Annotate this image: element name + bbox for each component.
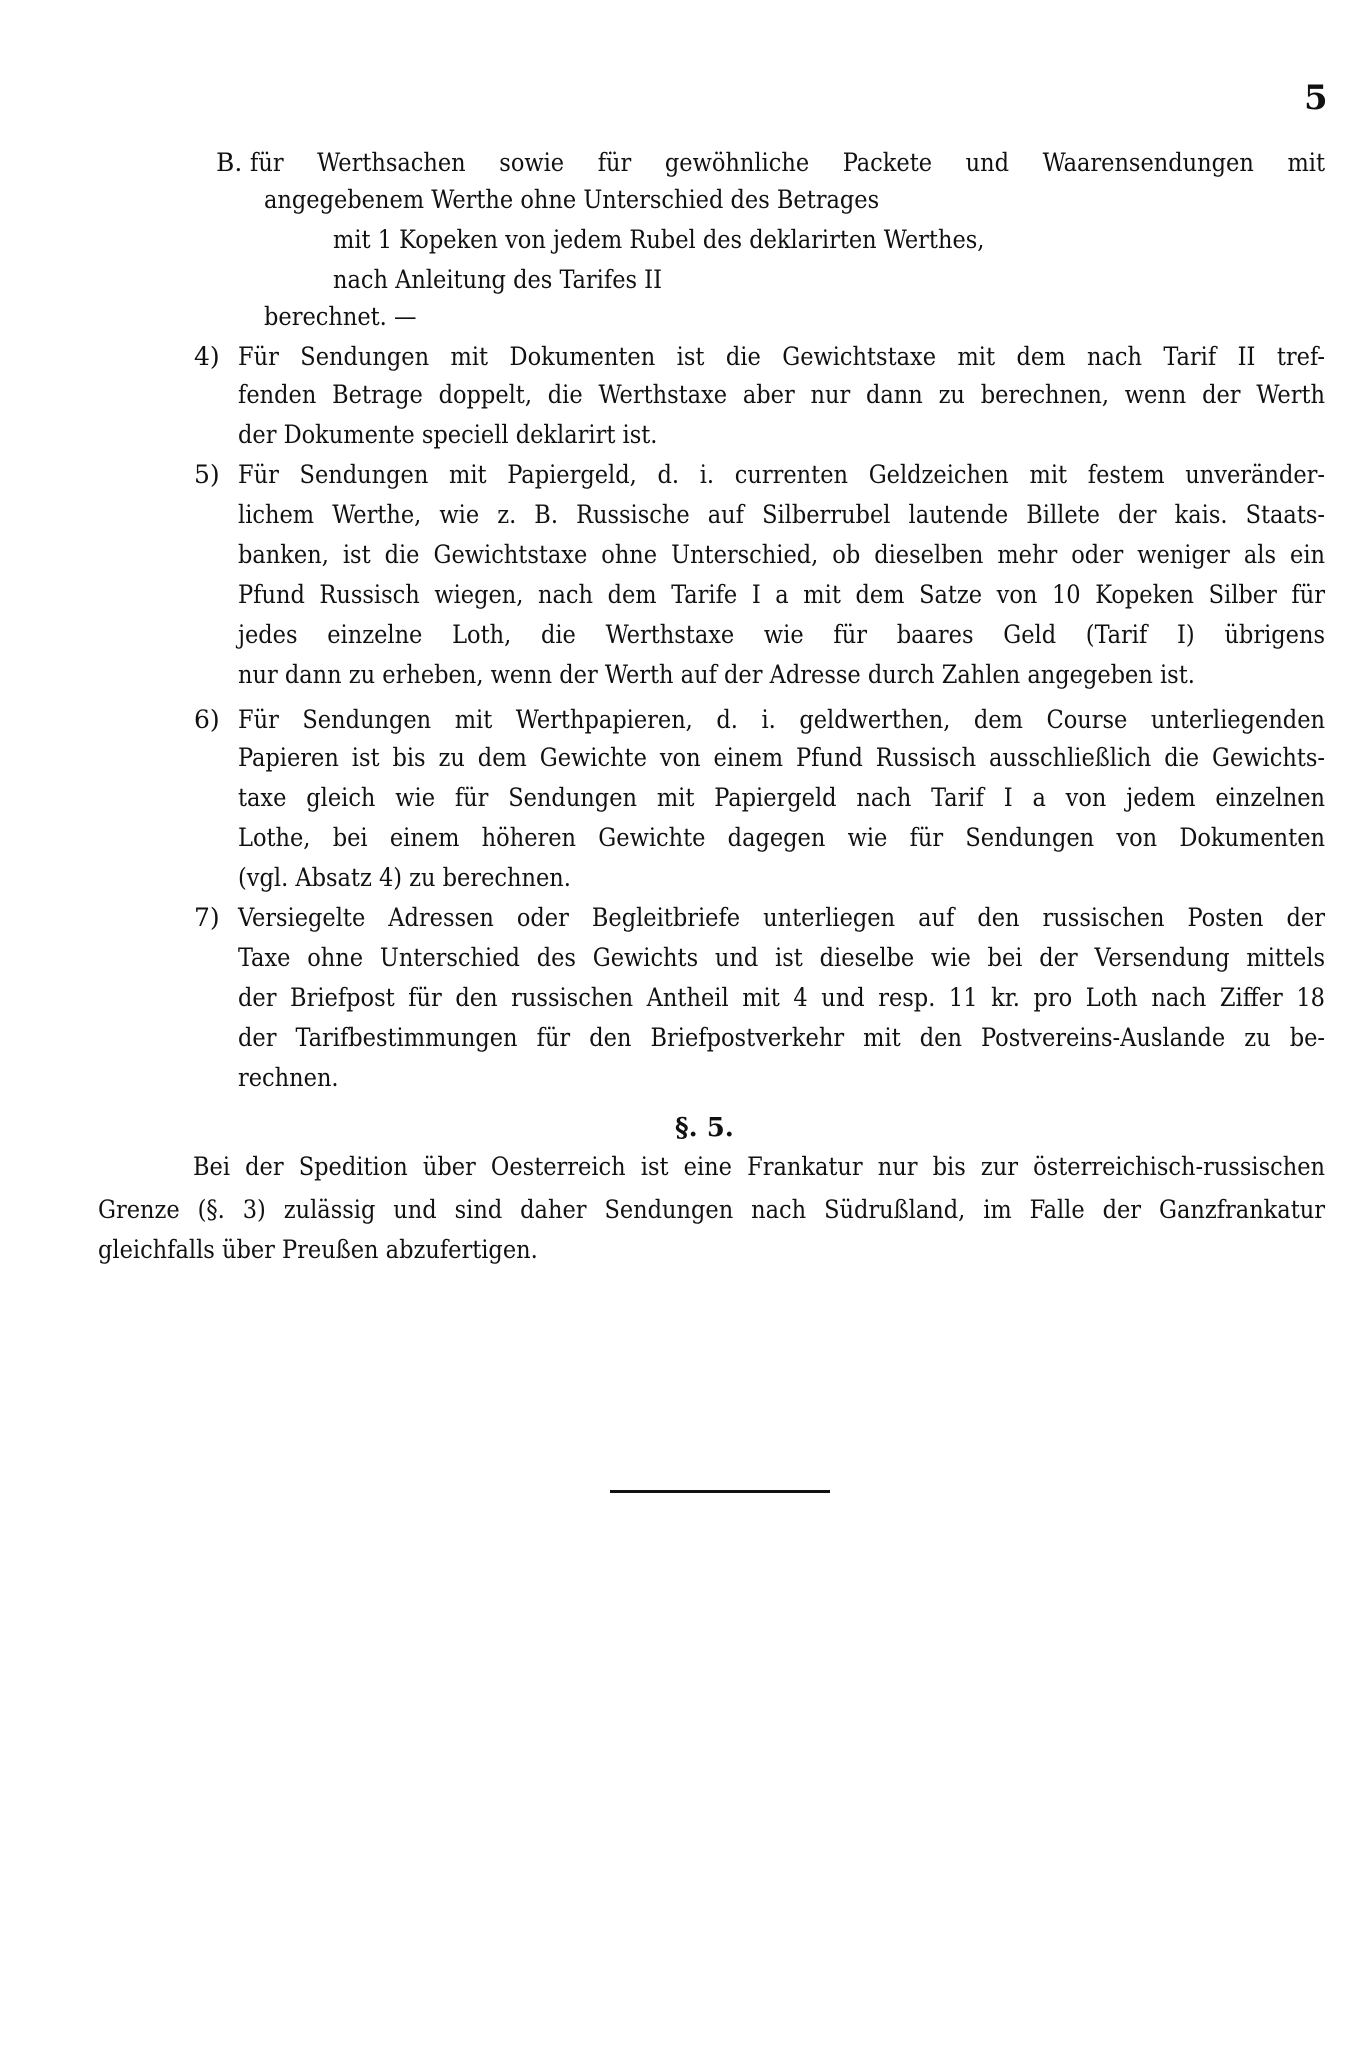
text-line: mit 1 Kopeken von jedem Rubel des deklar… <box>333 225 984 255</box>
end-rule <box>610 1490 830 1493</box>
text-line: Bei der Spedition über Oesterreich ist e… <box>193 1152 1325 1182</box>
text-line: (vgl. Absatz 4) zu berechnen. <box>238 863 571 893</box>
text-line: Lothe, bei einem höheren Gewichte dagege… <box>238 823 1325 853</box>
text-line: lichem Werthe, wie z. B. Russische auf S… <box>238 500 1325 530</box>
text-line: Pfund Russisch wiegen, nach dem Tarife I… <box>238 580 1325 610</box>
text-line: Papieren ist bis zu dem Gewichte von ein… <box>238 743 1325 773</box>
text-line: gleichfalls über Preußen abzufertigen. <box>98 1235 538 1265</box>
item-number: 7) <box>194 903 220 933</box>
text-line: Für Sendungen mit Werthpapieren, d. i. g… <box>238 705 1325 735</box>
text-line: Versiegelte Adressen oder Begleitbriefe … <box>238 903 1325 933</box>
page-number: 5 <box>1304 78 1328 118</box>
text-line: banken, ist die Gewichtstaxe ohne Unters… <box>238 540 1325 570</box>
item-number: 5) <box>194 460 220 490</box>
text-line: der Tarifbestimmungen für den Briefpostv… <box>238 1023 1325 1053</box>
text-line: nur dann zu erheben, wenn der Werth auf … <box>238 660 1195 690</box>
text-line: Für Sendungen mit Papiergeld, d. i. curr… <box>238 460 1325 490</box>
text-line: berechnet. — <box>264 302 416 332</box>
text-line: Taxe ohne Unterschied des Gewichts und i… <box>238 943 1325 973</box>
section-heading: §. 5. <box>675 1113 734 1143</box>
text-line: rechnen. <box>238 1063 339 1093</box>
text-line: taxe gleich wie für Sendungen mit Papier… <box>238 783 1325 813</box>
section-b-label: B. <box>216 148 242 178</box>
text-line: nach Anleitung des Tarifes II <box>333 265 662 295</box>
text-line: der Briefpost für den russischen Antheil… <box>238 983 1325 1013</box>
text-line: jedes einzelne Loth, die Werthstaxe wie … <box>238 620 1325 650</box>
text-line: Grenze (§. 3) zulässig und sind daher Se… <box>98 1195 1325 1225</box>
item-number: 4) <box>194 342 220 372</box>
text-line: Für Sendungen mit Dokumenten ist die Gew… <box>238 342 1325 372</box>
text-line: für Werthsachen sowie für gewöhnliche Pa… <box>250 148 1325 178</box>
item-number: 6) <box>194 705 220 735</box>
text-line: fenden Betrage doppelt, die Werthstaxe a… <box>238 380 1325 410</box>
text-line: der Dokumente speciell deklarirt ist. <box>238 420 657 450</box>
text-line: angegebenem Werthe ohne Unterschied des … <box>264 185 879 215</box>
